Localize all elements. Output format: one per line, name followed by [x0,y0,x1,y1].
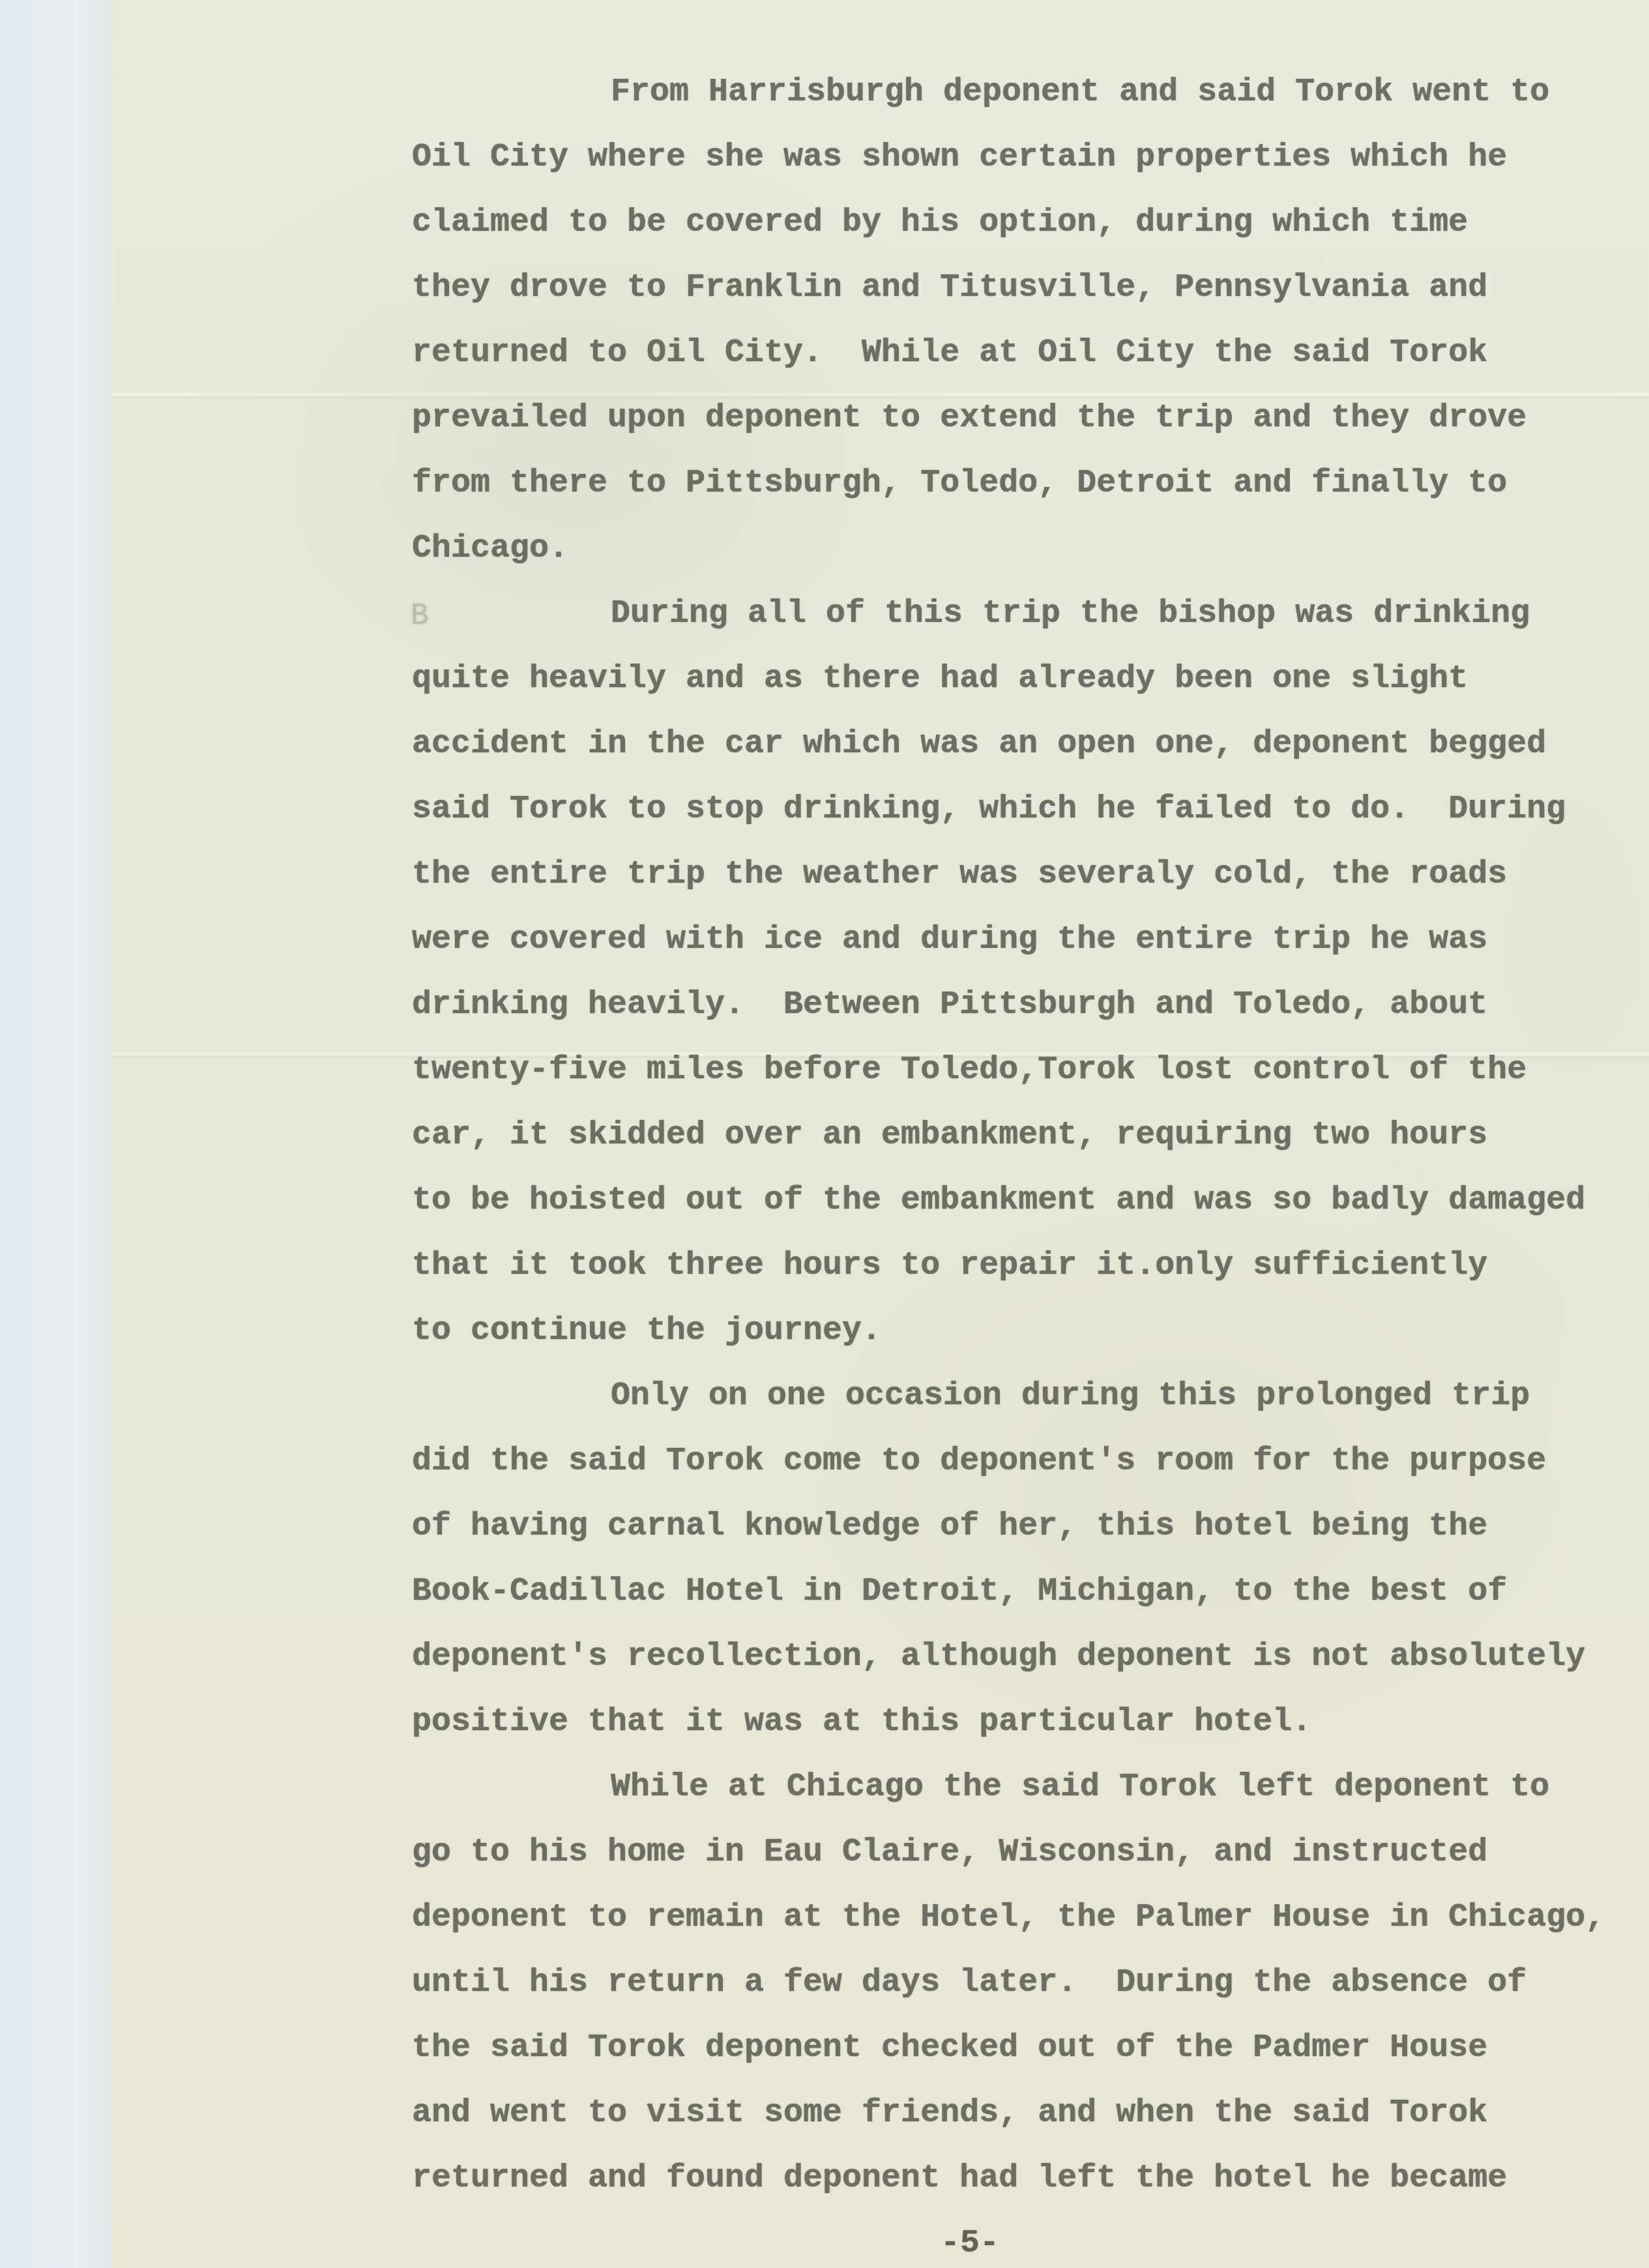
text-line: From Harrisburgh deponent and said Torok… [611,73,1549,112]
text-line: did the said Torok come to deponent's ro… [412,1442,1546,1481]
text-line: that it took three hours to repair it.on… [412,1246,1487,1286]
text-line: Oil City where she was shown certain pro… [412,138,1507,177]
margin-mark: B [411,596,429,636]
text-line: until his return a few days later. Durin… [412,1964,1526,2003]
text-line: drinking heavily. Between Pittsburgh and… [412,986,1487,1025]
text-line: car, it skidded over an embankment, requ… [412,1116,1487,1155]
text-line: Book-Cadillac Hotel in Detroit, Michigan… [412,1572,1507,1612]
text-line: the entire trip the weather was severaly… [412,855,1507,894]
text-line: Chicago. [412,529,568,568]
text-line: positive that it was at this particular … [412,1703,1311,1742]
text-line: deponent's recollection, although depone… [412,1638,1585,1677]
text-line: they drove to Franklin and Titusville, P… [412,269,1487,308]
text-line: During all of this trip the bishop was d… [611,595,1530,634]
text-line: prevailed upon deponent to extend the tr… [412,399,1526,438]
text-line: to continue the journey. [412,1312,881,1351]
scanner-background-strip [0,0,111,2268]
text-line: quite heavily and as there had already b… [412,660,1468,699]
text-line: accident in the car which was an open on… [412,725,1546,764]
page-number: -5- [941,2224,999,2263]
text-line: said Torok to stop drinking, which he fa… [412,790,1566,829]
text-line: returned to Oil City. While at Oil City … [412,334,1487,373]
text-line: deponent to remain at the Hotel, the Pal… [412,1898,1605,1937]
text-line: and went to visit some friends, and when… [412,2094,1487,2133]
text-line: go to his home in Eau Claire, Wisconsin,… [412,1833,1487,1872]
text-line: Only on one occasion during this prolong… [611,1377,1530,1416]
text-line: claimed to be covered by his option, dur… [412,203,1468,243]
text-line: returned and found deponent had left the… [412,2159,1507,2198]
text-line: from there to Pittsburgh, Toledo, Detroi… [412,464,1507,503]
text-line: of having carnal knowledge of her, this … [412,1507,1487,1546]
text-line: While at Chicago the said Torok left dep… [611,1768,1549,1807]
text-line: twenty-five miles before Toledo,Torok lo… [412,1051,1526,1090]
text-line: the said Torok deponent checked out of t… [412,2029,1487,2068]
text-line: were covered with ice and during the ent… [412,920,1487,960]
text-line: to be hoisted out of the embankment and … [412,1181,1585,1220]
